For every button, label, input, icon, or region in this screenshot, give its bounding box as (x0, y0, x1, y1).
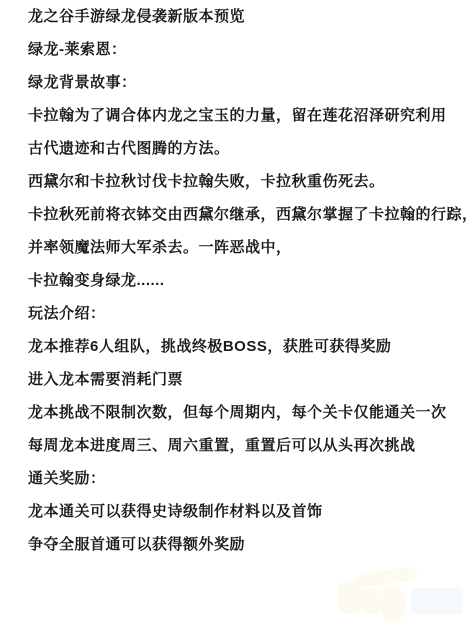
watermark-logo-icon (337, 570, 467, 622)
story-line: 卡拉翰变身绿龙...... (28, 264, 461, 297)
section-heading-rewards: 通关奖励： (28, 462, 461, 495)
gameplay-line: 龙本推荐6人组队，挑战终极BOSS，获胜可获得奖励 (28, 330, 461, 363)
section-heading-gameplay: 玩法介绍： (28, 297, 461, 330)
reward-line: 龙本通关可以获得史诗级制作材料以及首饰 (28, 495, 461, 528)
section-heading-background-story: 绿龙背景故事： (28, 66, 461, 99)
reward-line: 争夺全服首通可以获得额外奖励 (28, 528, 461, 561)
subtitle-green-dragon-name: 绿龙-莱索恩： (28, 33, 461, 66)
watermark-shape (356, 566, 417, 588)
document-title: 龙之谷手游绿龙侵袭新版本预览 (28, 0, 461, 33)
story-line: 古代遗迹和古代图腾的方法。 (28, 132, 461, 165)
gameplay-line: 进入龙本需要消耗门票 (28, 363, 461, 396)
story-line: 卡拉秋死前将衣钵交由西黛尔继承，西黛尔掌握了卡拉翰的行踪， (28, 198, 461, 231)
document-body: 龙之谷手游绿龙侵袭新版本预览 绿龙-莱索恩： 绿龙背景故事： 卡拉翰为了调合体内… (0, 0, 473, 561)
story-line: 并率领魔法师大军杀去。一阵恶战中， (28, 231, 461, 264)
story-line: 西黛尔和卡拉秋讨伐卡拉翰失败，卡拉秋重伤死去。 (28, 165, 461, 198)
watermark-shape (337, 580, 363, 614)
gameplay-line: 龙本挑战不限制次数，但每个周期内，每个关卡仅能通关一次 (28, 396, 461, 429)
watermark-shape (361, 588, 383, 614)
watermark-badge (411, 588, 463, 614)
story-line: 卡拉翰为了调合体内龙之宝玉的力量，留在莲花沼泽研究利用 (28, 99, 461, 132)
gameplay-line: 每周龙本进度周三、周六重置，重置后可以从头再次挑战 (28, 429, 461, 462)
watermark-shape (381, 586, 405, 622)
